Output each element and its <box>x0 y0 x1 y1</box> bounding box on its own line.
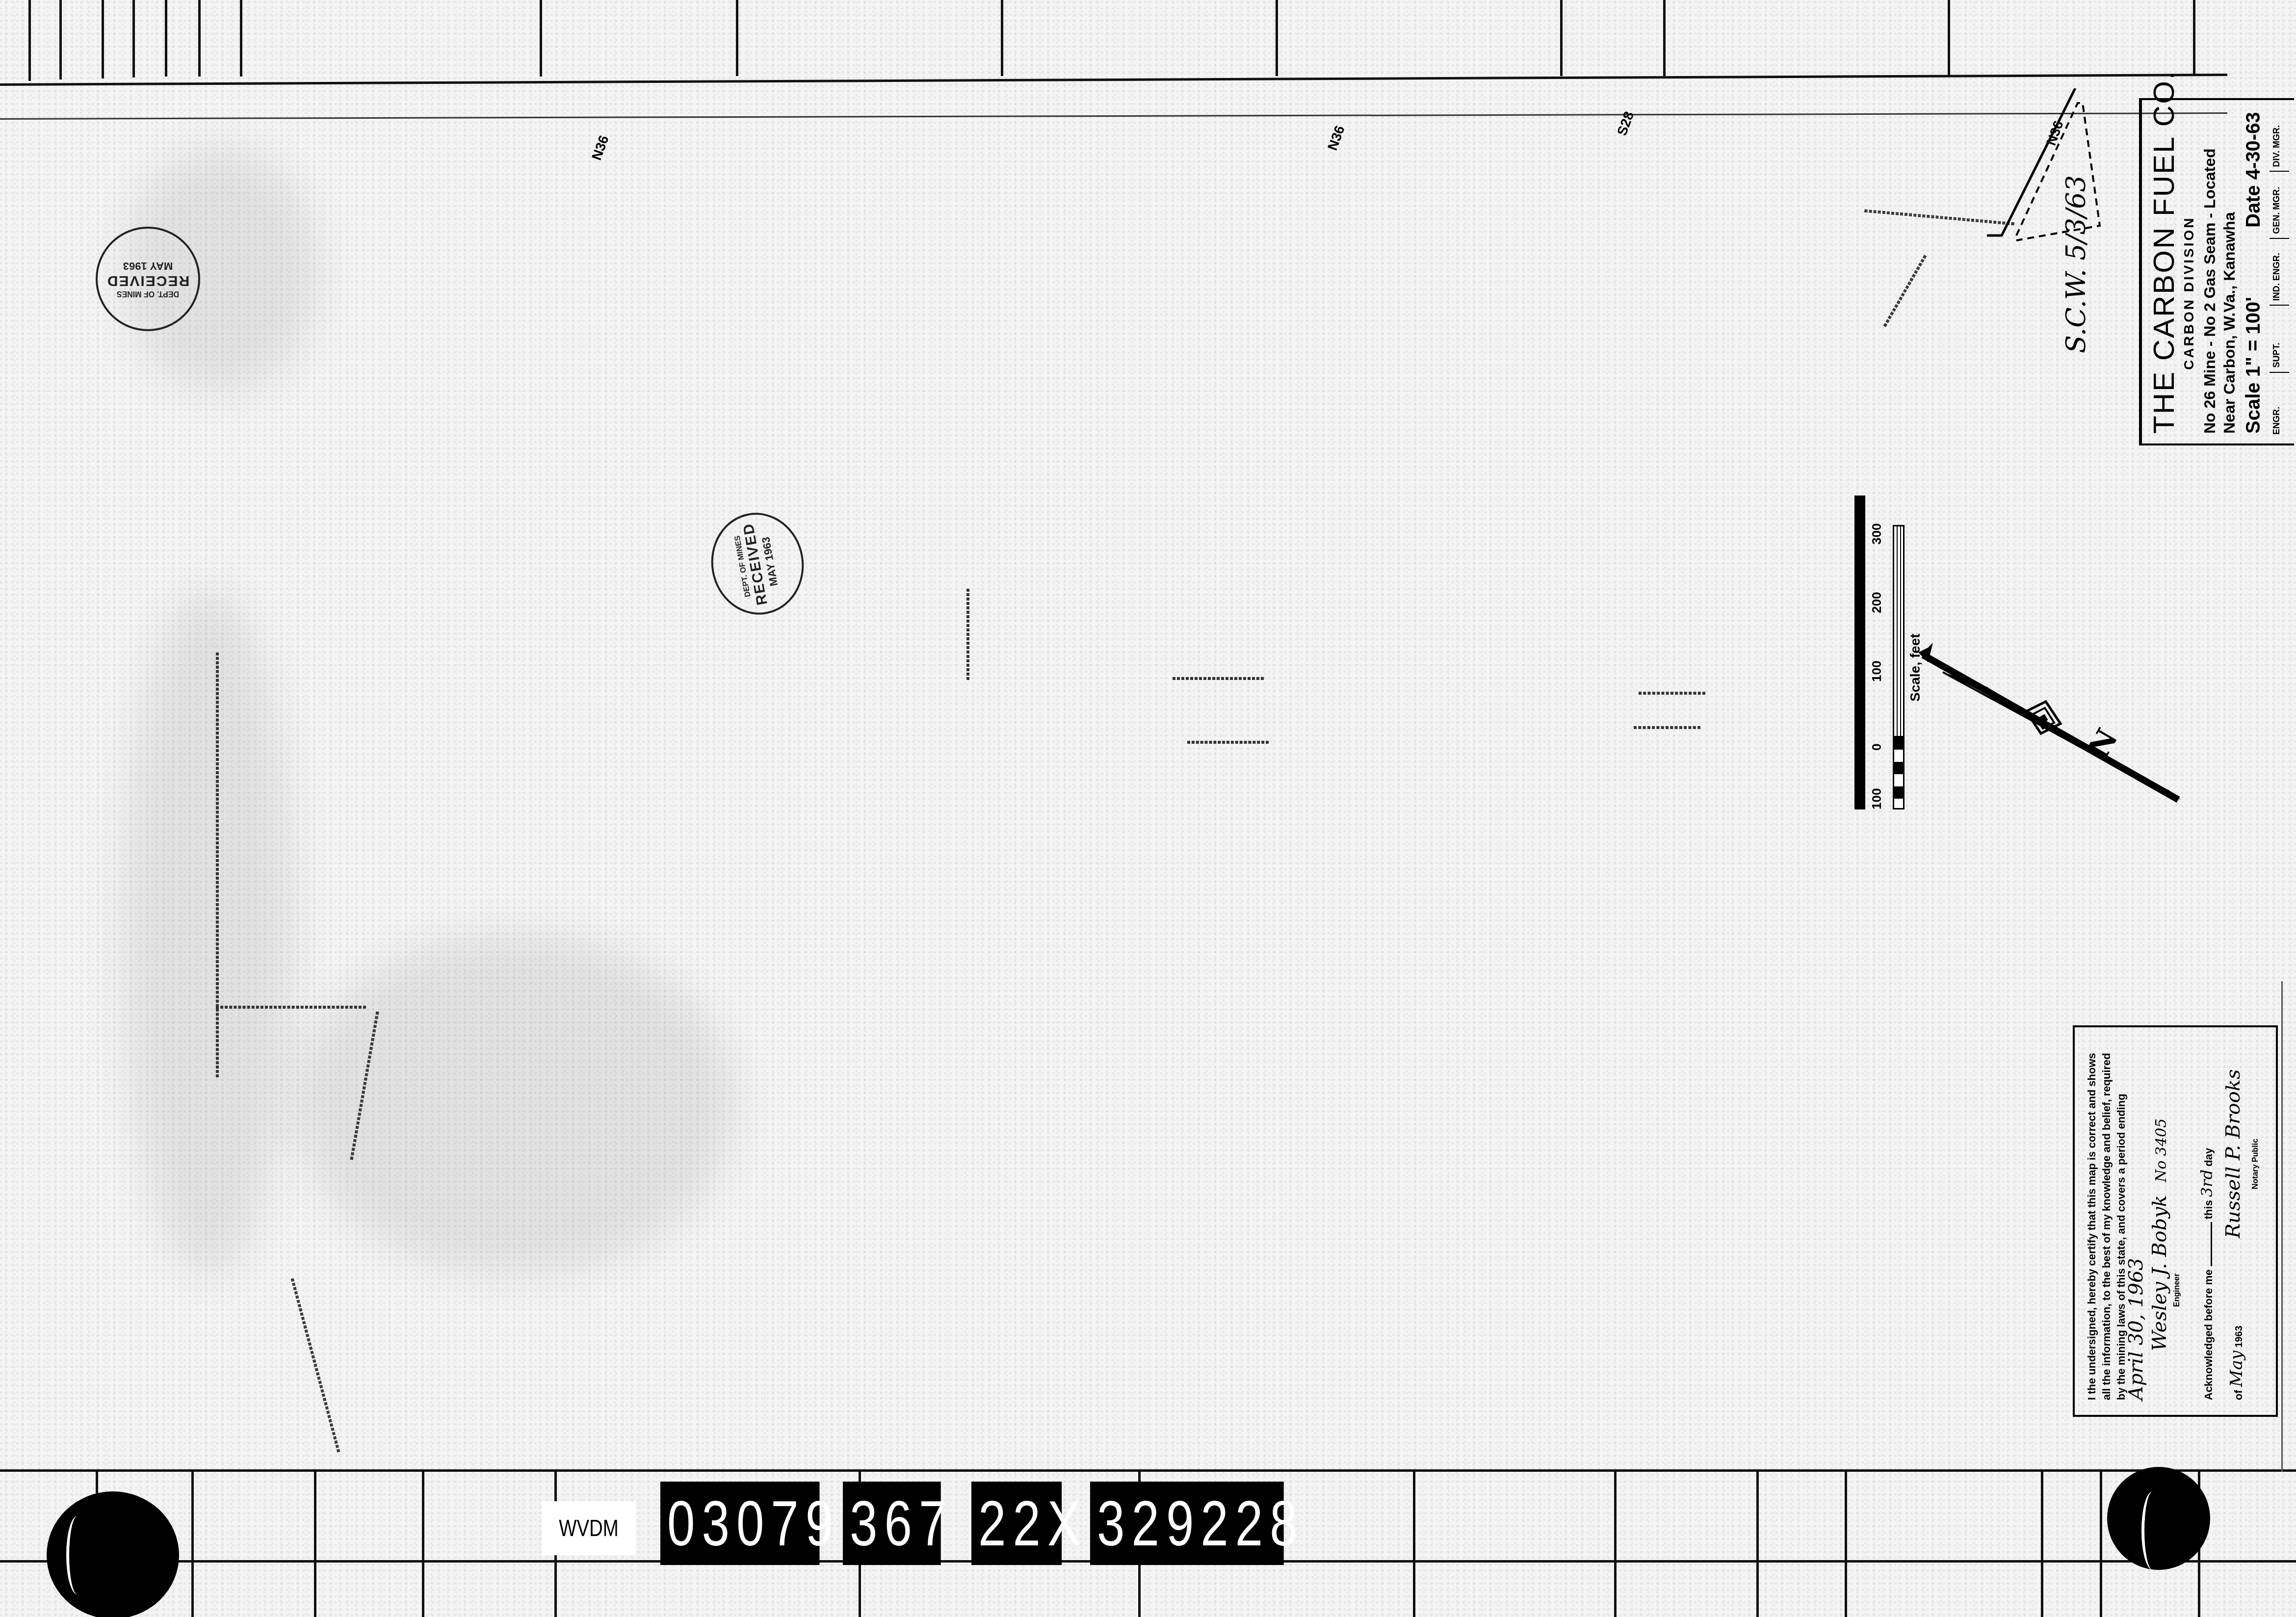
mine-working-line <box>1639 692 1705 695</box>
grid-line <box>540 0 542 77</box>
grid-line <box>165 0 167 77</box>
scale-tick: 0 <box>1869 744 1884 751</box>
id-prefix: WVDM <box>542 1501 636 1555</box>
grid-line <box>736 0 738 76</box>
company-name: THE CARBON FUEL CO. <box>2147 70 2181 434</box>
mine-working-line <box>1634 726 1700 729</box>
grid-line <box>102 0 104 78</box>
aperture-card-id-strip: WVDM 03079 367 22X 329228 <box>530 1467 1338 1565</box>
grid-line <box>2193 0 2195 76</box>
map-scale: Scale 1" = 100' <box>2243 297 2265 434</box>
role-supt: SUPT. <box>2270 305 2289 371</box>
day-label: day <box>2202 1148 2215 1167</box>
certification-paragraph: I the undersigned, hereby certify that t… <box>2086 1053 2127 1400</box>
north-arrow: N <box>1913 628 2188 805</box>
of-label: of <box>2232 1390 2244 1400</box>
certification-text: I the undersigned, hereby certify that t… <box>2085 1047 2146 1400</box>
stamp-subtext: DEPT. OF MINES <box>117 289 179 298</box>
scale-tick: 100 <box>1869 788 1884 809</box>
grid-line <box>1948 0 1950 76</box>
certification-box: I the undersigned, hereby certify that t… <box>2073 1025 2278 1417</box>
location-description: Near Carbon, W.Va., Kanawha <box>2220 212 2239 434</box>
mine-working-line <box>216 1006 366 1009</box>
approval-roles: ENGR. SUPT. IND. ENGR. GEN. MGR. DIV. MG… <box>2270 105 2289 439</box>
notary-signature: Russell P. Brooks <box>2222 1069 2244 1238</box>
grid-line <box>1614 1469 1617 1617</box>
division-name: CARBON DIVISION <box>2181 216 2197 370</box>
grid-line <box>2100 1469 2102 1617</box>
title-block: THE CARBON FUEL CO. CARBON DIVISION No 2… <box>2139 98 2294 445</box>
grid-line <box>314 1469 316 1617</box>
scale-tick: 200 <box>1869 592 1884 613</box>
grid-line <box>198 0 201 77</box>
role-gen-mgr: GEN. MGR. <box>2270 171 2289 237</box>
grid-line <box>1845 1469 1847 1617</box>
this-label: this <box>2202 1200 2215 1219</box>
engineer-number: No 3405 <box>2153 1119 2170 1182</box>
registration-mark-left <box>47 1491 179 1617</box>
engineer-signature-line: Wesley J. Bobyk No 3405 <box>2148 1119 2171 1351</box>
mine-working-line <box>1173 677 1264 680</box>
scale-border-line <box>1854 496 1865 809</box>
mine-working-line <box>966 589 969 680</box>
grid-line <box>59 0 62 79</box>
scale-tick: 300 <box>1869 523 1884 545</box>
acknowledged-label: Acknowledged before me <box>2202 1269 2215 1400</box>
grid-line <box>1413 1469 1415 1617</box>
grid-line <box>1001 0 1003 76</box>
grid-line <box>1756 1469 1759 1617</box>
grid-line <box>132 0 135 78</box>
role-ind-engr: IND. ENGR. <box>2270 238 2289 305</box>
scan-noise <box>0 0 2296 1617</box>
engineer-role: Engineer <box>2173 1274 2182 1307</box>
grid-line <box>1560 0 1563 76</box>
id-group-1: 03079 <box>660 1482 819 1565</box>
map-border-line <box>2281 981 2283 1472</box>
stamp-date: MAY 1963 <box>123 260 173 273</box>
stamp-text: RECEIVED <box>106 273 189 289</box>
mine-working-line <box>1187 741 1269 744</box>
scale-bar-checker <box>1893 736 1905 809</box>
notary-signature-line: Russell P. Brooks <box>2222 1069 2244 1238</box>
acknowledgement-line: Acknowledged before me this 3rd day <box>2197 1148 2216 1400</box>
role-engr: ENGR. <box>2270 372 2289 439</box>
mine-working-line <box>216 652 219 1077</box>
engineer-signature: Wesley J. Bobyk <box>2148 1195 2171 1351</box>
grid-line <box>2041 1469 2043 1617</box>
grid-line <box>240 0 242 77</box>
grid-line <box>1663 0 1666 76</box>
map-date: Date 4-30-63 <box>2243 112 2265 228</box>
scan-smudge <box>123 589 294 1276</box>
year-value: 1963 <box>2234 1326 2244 1348</box>
grid-line <box>422 1469 424 1617</box>
role-div-mgr: DIV. MGR. <box>2270 105 2289 171</box>
id-group-4: 329228 <box>1090 1482 1284 1565</box>
date-line: of May 1963 <box>2227 1326 2246 1400</box>
map-sheet: N36 N36 S28 N36 DEPT. OF MINES RECEIVED … <box>0 0 2296 1617</box>
grid-line <box>28 0 31 81</box>
received-stamp: DEPT. OF MINES RECEIVED MAY 1963 <box>96 227 200 331</box>
month-value: May <box>2227 1351 2246 1387</box>
grid-line <box>191 1469 194 1617</box>
period-ending: April 30, 1963 <box>2125 1258 2147 1400</box>
day-value: 3rd <box>2197 1170 2216 1197</box>
north-arrow-icon <box>1913 628 2188 805</box>
id-group-2: 367 <box>843 1482 941 1565</box>
registration-mark-right <box>2107 1467 2210 1570</box>
notary-role: Notary Public <box>2251 1139 2260 1189</box>
mine-description: No 26 Mine - No 2 Gas Seam - Located <box>2201 149 2219 434</box>
id-group-3: 22X <box>971 1482 1062 1565</box>
approval-signature: S.C.W. 5/3/63 <box>2061 175 2091 353</box>
scale-tick: 100 <box>1869 661 1884 682</box>
grid-line <box>1276 0 1278 76</box>
